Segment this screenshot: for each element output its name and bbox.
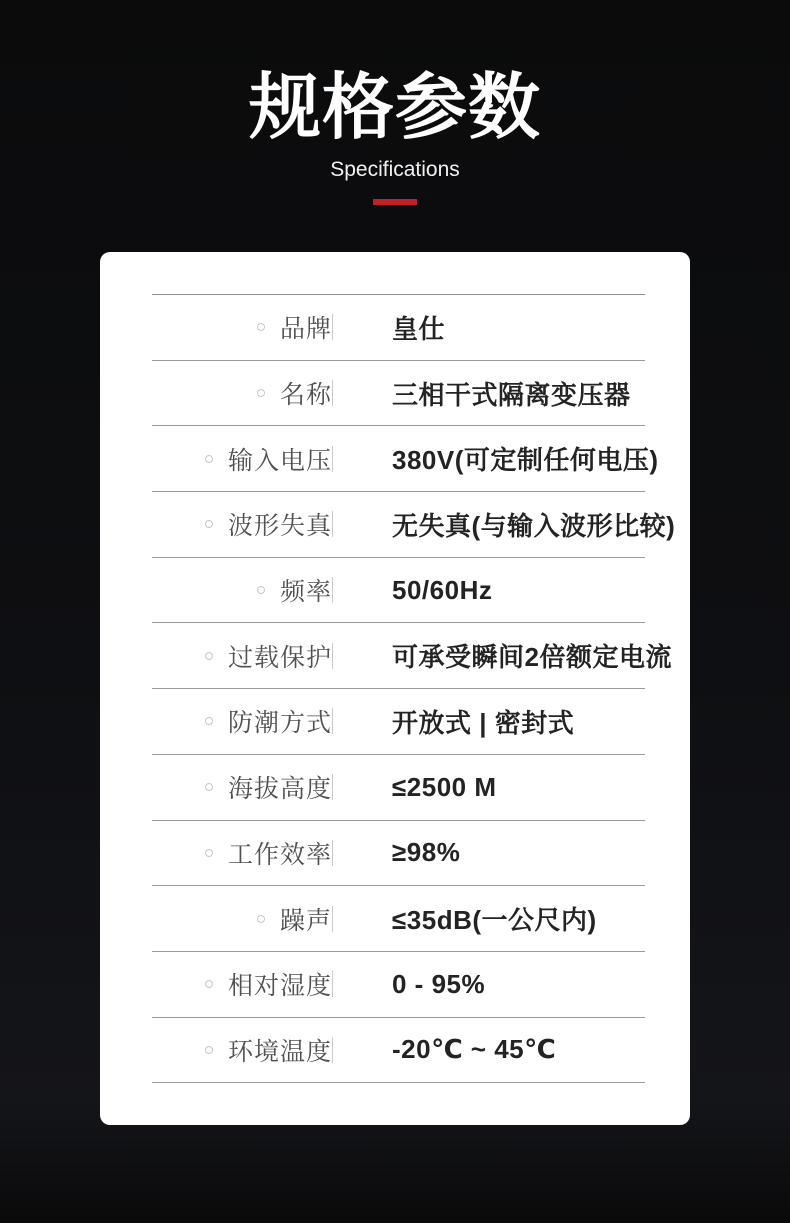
spec-row: 工作效率 ≥98% [152,821,645,887]
spec-row: 名称 三相干式隔离变压器 [152,361,645,427]
spec-table: 品牌 皇仕 名称 三相干式隔离变压器 输入电压 380V(可定制任何电压) 波形… [152,294,645,1083]
spec-divider [332,708,333,734]
spec-value: 三相干式隔离变压器 [392,375,631,412]
circle-bullet-icon [205,783,213,791]
page-title: 规格参数 [249,72,541,144]
spec-label: 波形失真 [228,506,332,542]
spec-row: 波形失真 无失真(与输入波形比较) [152,492,645,558]
spec-label-wrap: 名称 [152,375,332,411]
spec-value: ≥98% [392,837,460,868]
spec-label: 过载保护 [228,638,332,674]
spec-row: 过载保护 可承受瞬间2倍额定电流 [152,623,645,689]
spec-value: 可承受瞬间2倍额定电流 [392,637,672,674]
spec-value: 开放式 | 密封式 [392,703,574,740]
spec-divider [332,906,333,932]
spec-label-wrap: 输入电压 [152,441,332,477]
spec-row: 海拔高度 ≤2500 M [152,755,645,821]
spec-value: 0 - 95% [392,969,485,1000]
spec-row: 相对湿度 0 - 95% [152,952,645,1018]
spec-label-wrap: 过载保护 [152,638,332,674]
spec-label-wrap: 工作效率 [152,835,332,871]
spec-row: 环境温度 -20℃ ~ 45℃ [152,1018,645,1084]
spec-row: 防潮方式 开放式 | 密封式 [152,689,645,755]
spec-label: 频率 [280,572,332,608]
spec-label-wrap: 环境温度 [152,1032,332,1068]
circle-bullet-icon [205,520,213,528]
spec-divider [332,1037,333,1063]
spec-value: 无失真(与输入波形比较) [392,506,675,543]
circle-bullet-icon [205,1046,213,1054]
spec-label-wrap: 相对湿度 [152,966,332,1002]
spec-label: 躁声 [280,901,332,937]
spec-label: 品牌 [280,309,332,345]
spec-row: 频率 50/60Hz [152,558,645,624]
circle-bullet-icon [205,455,213,463]
circle-bullet-icon [205,652,213,660]
spec-row: 输入电压 380V(可定制任何电压) [152,426,645,492]
spec-divider [332,840,333,866]
header: 规格参数 Specifications [249,0,541,205]
spec-row: 品牌 皇仕 [152,295,645,361]
spec-label: 海拔高度 [228,769,332,805]
spec-divider [332,314,333,340]
spec-value: ≤35dB(一公尺内) [392,900,597,937]
spec-value: ≤2500 M [392,772,497,803]
spec-label-wrap: 波形失真 [152,506,332,542]
spec-value: 皇仕 [392,309,445,346]
spec-label: 输入电压 [228,441,332,477]
spec-label: 名称 [280,375,332,411]
spec-label: 工作效率 [228,835,332,871]
circle-bullet-icon [205,849,213,857]
spec-card: 品牌 皇仕 名称 三相干式隔离变压器 输入电压 380V(可定制任何电压) 波形… [100,252,690,1125]
circle-bullet-icon [257,323,265,331]
spec-label: 相对湿度 [228,966,332,1002]
spec-value: 50/60Hz [392,575,492,606]
accent-underline [373,199,417,205]
spec-divider [332,446,333,472]
circle-bullet-icon [257,586,265,594]
spec-label-wrap: 海拔高度 [152,769,332,805]
circle-bullet-icon [257,915,265,923]
spec-divider [332,577,333,603]
spec-row: 躁声 ≤35dB(一公尺内) [152,886,645,952]
spec-divider [332,380,333,406]
circle-bullet-icon [257,389,265,397]
spec-label-wrap: 防潮方式 [152,703,332,739]
spec-value: -20℃ ~ 45℃ [392,1034,556,1065]
spec-divider [332,511,333,537]
spec-label-wrap: 品牌 [152,309,332,345]
spec-value: 380V(可定制任何电压) [392,440,659,477]
spec-label: 环境温度 [228,1032,332,1068]
circle-bullet-icon [205,717,213,725]
spec-divider [332,774,333,800]
spec-label-wrap: 躁声 [152,901,332,937]
page-background: 规格参数 Specifications 品牌 皇仕 名称 三相干式隔离变压器 输… [0,0,790,1223]
circle-bullet-icon [205,980,213,988]
spec-divider [332,643,333,669]
spec-divider [332,971,333,997]
spec-label: 防潮方式 [228,703,332,739]
page-subtitle: Specifications [330,158,460,182]
spec-label-wrap: 频率 [152,572,332,608]
